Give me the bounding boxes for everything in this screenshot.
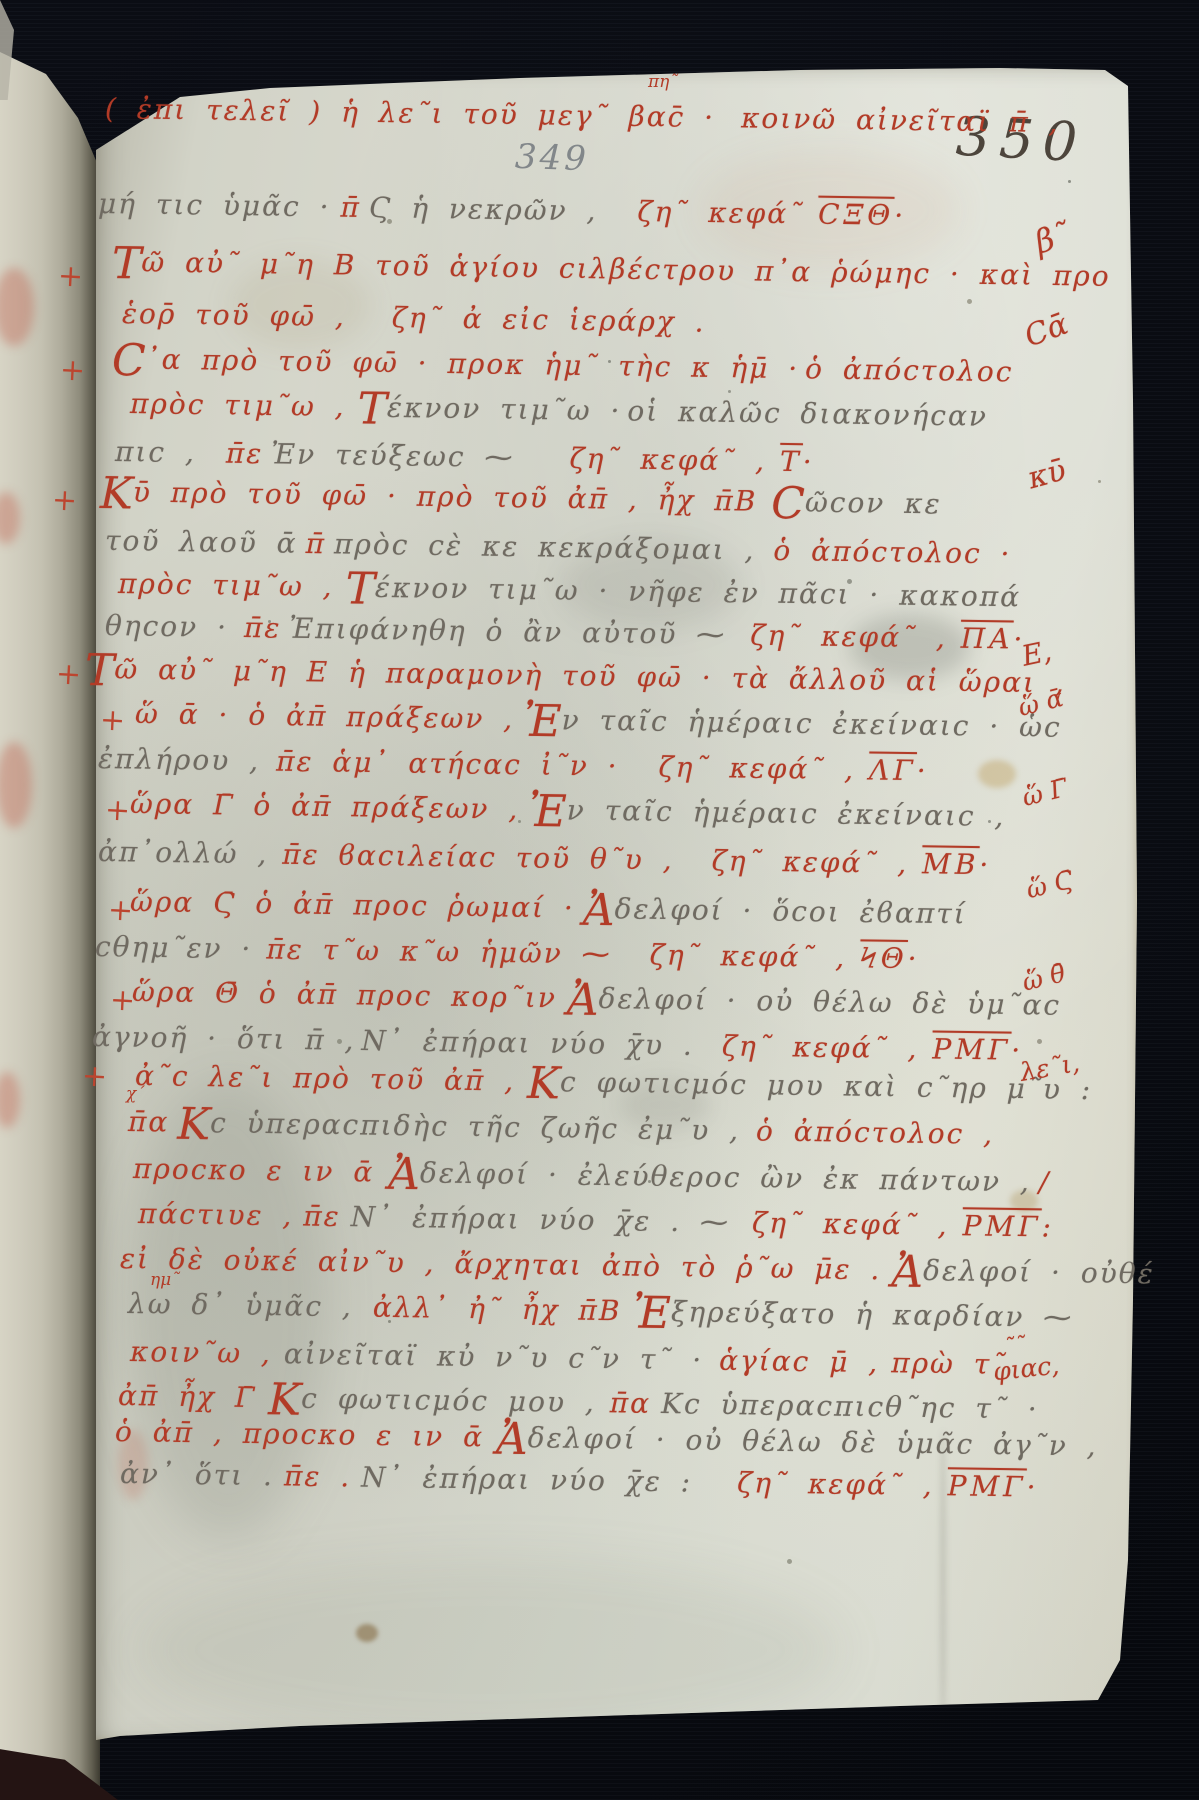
text-segment: ϹΞΘ xyxy=(818,198,895,232)
text-segment: ὥρα Θ̄ ὁ ἀπ̄ προϲ κορ῀ιν xyxy=(132,975,557,1014)
text-segment: π̄α xyxy=(610,1386,652,1420)
text-segment: έκνον τιμ῀ω · xyxy=(387,391,622,427)
text-line: ἀπ᾽ολλώ ,π̄ε ϐαϲιλείαϲ τοῦ θ῀υ ,ζη῀ κεφά… xyxy=(98,838,991,879)
text-segment: · xyxy=(979,848,990,881)
text-segment: δελφοί · οὐ θέλω δὲ ὑμ῀αϲ xyxy=(598,982,1061,1022)
margin-note: κῡ xyxy=(1025,456,1069,495)
text-line: Τῶ αὐ῀ μ῀η Ε ἡ παραμονὴ τοῦ φω̄ · τὰ ἄλλ… xyxy=(85,655,1066,698)
margin-note: φιαϲ, xyxy=(992,1353,1060,1385)
text-line: πρὸϲ τιμ῀ω ,Τέκνον τιμ῀ω · νῆφε ἐν πᾶϲι … xyxy=(118,570,1021,611)
cross-mark: + xyxy=(109,985,136,1016)
text-segment: λω δ᾽ ὑμᾶϲ , xyxy=(128,1287,353,1323)
text-segment: ἀπ̄ ἦχ Γ̄ xyxy=(118,1379,257,1414)
text-segment: ῶ αὐ῀ μ῀η Ε ἡ παραμονὴ τοῦ φω̄ · τὰ ἄλλο… xyxy=(114,652,1066,699)
text-segment: ἀ῀ϲ λε῀ι πρὸ τοῦ ἀπ̄ , xyxy=(135,1059,516,1098)
text-segment: κοινῶ αἰνεῖταϊ π̄ , xyxy=(741,101,1060,139)
text-segment: ν ταῖϲ ἡμέραιϲ ἐκείναιϲ · ὡϲ xyxy=(561,703,1061,743)
text-segment: θηϲον · xyxy=(105,609,228,644)
text-segment: · xyxy=(907,942,918,975)
text-segment: ΠΑ xyxy=(961,622,1014,656)
text-segment: Ἐν τεύξεωϲ ⁓ xyxy=(271,437,515,474)
text-line: ὁ ἀπ̄ , προϲκο ε ιν ᾱἈδελφοί · οὐ θέλω δ… xyxy=(115,1418,1098,1461)
text-segment: Ν᾽ ἐπήραι νύο χ̄υ . xyxy=(361,1024,694,1062)
text-segment: Ν᾽ ἐπήραι νύο χ̄ε . ⁓ xyxy=(350,1200,730,1239)
text-segment: ὁ ἀπόϲτολοϲ , xyxy=(756,1114,995,1151)
text-segment: ἁγίαϲ μ̄ , xyxy=(719,1344,880,1379)
text-segment: Ἀ xyxy=(566,974,599,1025)
text-segment: ᾽α πρὸ τοῦ φω̄ · προκ ἡμ῀ τὴϲ κ ἡμ̄ · xyxy=(145,343,799,386)
text-segment: ζη῀ κεφά῀ , xyxy=(569,442,766,478)
text-line: π̄αΚϲ ὑπεραϲπιδὴϲ τῆϲ ζωῆϲ ἐμ῀υ ,ὁ ἀπόϲτ… xyxy=(128,1108,994,1149)
folio-number-pencil: 349 xyxy=(514,137,589,180)
text-segment: ῶϲον κε xyxy=(805,485,942,520)
text-line: λω δ᾽ ὑμᾶϲ ,ἀλλ᾽ ἠ῀ ἦχ π̄ΒἘξηρεύξατο ἡ κ… xyxy=(128,1290,1074,1332)
text-segment: ὁ ἀπ̄ , προϲκο ε ιν ᾱ xyxy=(115,1415,484,1453)
text-segment: Ϛ ἡ νεκρῶν , xyxy=(369,191,598,227)
text-segment: ζη῀ κεφά῀ , xyxy=(737,1466,934,1502)
text-segment: εἰ δὲ οὐκέ αἰν῀υ , ἄρχηται ἀπὸ τὸ ῥ῀ω μ̄… xyxy=(120,1242,882,1286)
cross-mark: + xyxy=(81,1061,108,1092)
text-segment: ἀπ᾽ολλώ , xyxy=(98,835,269,871)
text-segment: πάϲτιυε , xyxy=(138,1197,294,1232)
text-segment: προϲκο ε ιν ᾱ xyxy=(133,1152,375,1189)
text-segment: · xyxy=(802,445,813,478)
text-segment: ΜΒ xyxy=(922,847,980,881)
text-segment: μή τιϲ ὑμᾶϲ · xyxy=(98,187,331,223)
text-segment: δελφοί · ἐλεύθεροϲ ὢν ἐκ πάντων , xyxy=(420,1156,1031,1198)
text-segment: πρὸϲ τιμ῀ω , xyxy=(130,387,346,423)
text-segment: Ϲ xyxy=(112,335,146,386)
text-segment: Τ xyxy=(85,645,115,696)
margin-note: β῀ xyxy=(1031,217,1074,258)
text-segment: π̄ε xyxy=(303,1199,341,1233)
text-segment: π̄α xyxy=(128,1105,170,1139)
text-segment: ἐπλήρου , xyxy=(98,742,261,777)
text-segment: Ἀ xyxy=(891,1246,924,1297)
text-segment: π̄ε xyxy=(226,437,264,471)
text-segment: ϲθημ῀εν · xyxy=(95,930,253,965)
text-segment: ξηρεύξατο ἡ καρδίαν ⁓ xyxy=(671,1295,1074,1334)
text-segment: πρὼ τ῀ xyxy=(891,1346,1008,1381)
text-segment: π̄ε τ῀ω κ῀ω ἡμῶν ⁓ xyxy=(266,933,612,971)
text-segment: ζη῀ κεφά῀ , xyxy=(750,619,947,655)
text-segment: ἀγνοῆ · ὅτι π̄ , xyxy=(92,1020,356,1057)
cross-mark: + xyxy=(59,355,86,386)
text-segment: π̄ε . xyxy=(284,1459,352,1493)
text-segment: · xyxy=(1026,1470,1037,1503)
text-segment: ∕ xyxy=(1039,1165,1051,1198)
text-segment: ἀλλ᾽ ἠ῀ ἦχ π̄Β xyxy=(373,1291,622,1328)
text-segment: πιϲ , xyxy=(115,435,196,469)
text-segment: δελφοί · οὐθέ xyxy=(923,1254,1155,1290)
text-segment: ζη῀ κεφά῀ , xyxy=(649,938,846,974)
text-segment: π̄ε ϐαϲιλείαϲ τοῦ θ῀υ , xyxy=(282,838,674,877)
text-segment: πρὸϲ τιμ῀ω , xyxy=(118,567,334,603)
cross-mark: + xyxy=(55,659,82,690)
text-segment: τοῦ λαοῦ ᾱ xyxy=(105,524,298,560)
text-segment: · xyxy=(894,199,905,232)
text-segment: Τ xyxy=(345,563,375,614)
text-line: ἑορ̄ τοῦ φω̄ ,ζη῀ ἀ εἰϲ ἱεράρχ . xyxy=(122,300,706,337)
text-line: ὥρα Θ̄ ὁ ἀπ̄ προϲ κορ῀ινἈδελφοί · οὐ θέλ… xyxy=(132,978,1062,1020)
text-segment: ἑορ̄ τοῦ φω̄ , xyxy=(122,297,346,333)
text-line: πάϲτιυε ,π̄εΝ᾽ ἐπήραι νύο χ̄ε . ⁓ζη῀ κεφ… xyxy=(138,1200,1053,1242)
text-segment: Κ xyxy=(100,468,134,519)
text-segment: Ϲ xyxy=(771,478,805,529)
text-line: ὥρα Γ̄ ὁ ἀπ̄ πράξεων ,Ἐν ταῖϲ ἡμέραιϲ ἐκ… xyxy=(130,790,1006,831)
text-segment: ν ταῖϲ ἡμέραιϲ ἐκείναιϲ , xyxy=(567,793,1006,833)
text-segment: Κϲ ὑπεραϲπιϲθ῀ηϲ τ῀ · xyxy=(661,1387,1039,1426)
text-line: εἰ δὲ οὐκέ αἰν῀υ , ἄρχηται ἀπὸ τὸ ῥ῀ω μ̄… xyxy=(120,1245,1155,1288)
text-line: ἀν᾽ ὅτι .π̄ε .Ν᾽ ἐπήραι νύο χ̄ε :ζη῀ κεφ… xyxy=(120,1460,1038,1502)
text-segment: Τ xyxy=(112,238,142,289)
cross-mark: + xyxy=(51,485,78,516)
text-line: τοῦ λαοῦ ᾱπ̄πρὸϲ ϲὲ κε κεκράξομαι ,ὁ ἀπό… xyxy=(105,527,1012,568)
text-segment: Κ xyxy=(527,1058,561,1109)
text-segment: Ἀ xyxy=(496,1414,529,1465)
text-segment: έκνον τιμ῀ω · νῆφε ἐν πᾶϲι · κακοπά xyxy=(375,571,1022,614)
margin-note: ὥ Γ̄ xyxy=(1020,775,1070,810)
text-line: προϲκο ε ιν ᾱἈδελφοί · ἐλεύθεροϲ ὢν ἐκ π… xyxy=(133,1155,1051,1197)
text-segment: κοιν῀ω , xyxy=(130,1335,272,1370)
text-line: Κῡ πρὸ τοῦ φω̄ · πρὸ τοῦ ἀπ̄ , ἦχ π̄ΒϹῶϲ… xyxy=(100,478,942,518)
text-segment: π̄ε xyxy=(244,611,282,645)
text-segment: Κ xyxy=(177,1099,211,1150)
text-segment: ( ἐπι τελεῖ ) ἡ λε῀ι τοῦ μεγ῀ βαϲ̄ · xyxy=(105,92,716,134)
text-segment: Ἀ xyxy=(388,1149,421,1200)
cross-mark: + xyxy=(57,261,84,292)
text-segment: Ἐ xyxy=(529,786,567,838)
text-segment: ΡΜΓ xyxy=(962,1209,1041,1243)
text-segment: Ἐ xyxy=(633,1288,671,1340)
text-segment: ϲ φωτιϲμόϲ μου , xyxy=(301,1382,596,1419)
text-segment: ζη῀ κεφά῀ , xyxy=(722,1029,919,1065)
margin-note: ὥ Ϛ̄ xyxy=(1024,867,1076,903)
text-line: πιϲ ,π̄εἘν τεύξεωϲ ⁓ζη῀ κεφά῀ ,Τ· xyxy=(115,438,814,476)
text-segment: οἱ καλῶϲ διακονήϲαν xyxy=(627,394,988,432)
text-segment: ῶ αὐ῀ μ῀η Β τοῦ ἁγίου ϲιλβέϲτρου π᾽α ῥώμ… xyxy=(141,245,1111,292)
manuscript-photo: 349 350 ( ἐπι τελεῖ ) ἡ λε῀ι τοῦ μεγ῀ βα… xyxy=(0,0,1199,1800)
text-line: μή τιϲ ὑμᾶϲ ·π̄Ϛ ἡ νεκρῶν ,ζη῀ κεφά῀ϹΞΘ· xyxy=(98,190,906,230)
text-segment: ὥρα Ϛ̄ ὁ ἀπ̄ προϲ ῥωμαί · xyxy=(130,885,575,925)
text-segment: Τ xyxy=(357,383,387,434)
text-segment: ἀν᾽ ὅτι . xyxy=(120,1457,274,1492)
text-line: ἐπλήρου ,π̄ε ἁμ᾽ ατήϲαϲ ἰ῀ν ·ζη῀ κεφά῀ ,… xyxy=(98,745,928,785)
text-segment: ζη῀ κεφά῀ xyxy=(637,195,804,230)
text-segment: π̄ xyxy=(305,527,326,560)
text-segment: ὁ ἀπόϲτολοϲ xyxy=(805,352,1014,388)
text-line: κοιν῀ω ,αἰνεῖταϊ κὐ ν῀υ ϲ῀ν τ῀ ·ἁγίαϲ μ̄… xyxy=(130,1338,1008,1379)
text-segment: ὁ ἀπόϲτολοϲ · xyxy=(773,534,1012,571)
cross-mark: + xyxy=(107,895,134,926)
text-segment: ϲ ὑπεραϲπιδὴϲ τῆϲ ζωῆϲ ἐμ῀υ , xyxy=(210,1106,740,1147)
margin-note: Ε, xyxy=(1019,637,1054,670)
text-segment: αἰνεῖταϊ κὐ ν῀υ ϲ῀ν τ῀ · xyxy=(284,1337,704,1376)
superscript-mark: πη῀ xyxy=(648,74,678,91)
text-line: ὥ ᾱ · ὁ ἀπ̄ πράξεων ,Ἐν ταῖϲ ἡμέραιϲ ἐκε… xyxy=(135,700,1062,742)
ink-layer: 349 350 ( ἐπι τελεῖ ) ἡ λε῀ι τοῦ μεγ῀ βα… xyxy=(0,0,1199,1800)
text-line: θηϲον ·π̄εἘπιφάνηθη ὁ ἂν αὐτοῦ ⁓ζη῀ κεφά… xyxy=(105,612,1025,654)
text-segment: ΡΜΓ xyxy=(932,1032,1011,1066)
text-segment: δελφοί · οὐ θέλω δὲ ὑμᾶϲ ἀγ῀ν , xyxy=(528,1421,1098,1462)
text-segment: ΡΜΓ xyxy=(947,1469,1026,1503)
text-segment: Τ xyxy=(780,445,803,478)
text-line: πρὸϲ τιμ῀ω ,Τέκνον τιμ῀ω ·οἱ καλῶϲ διακο… xyxy=(130,390,988,431)
superscript-mark: ημ῀ xyxy=(150,1272,180,1289)
text-segment: ζη῀ ἀ εἰϲ ἱεράρχ . xyxy=(391,301,705,339)
text-segment: · xyxy=(916,754,927,787)
text-segment: ϲ φωτιϲμόϲ μου καὶ ϲ῀ηρ μ῀υ : xyxy=(560,1065,1093,1106)
text-segment: ζη῀ κεφά῀ , xyxy=(711,844,908,880)
text-segment: π̄ε ἁμ᾽ ατήϲαϲ ἰ῀ν · xyxy=(276,745,619,783)
text-segment: ῡ πρὸ τοῦ φω̄ · πρὸ τοῦ ἀπ̄ , ἦχ π̄Β xyxy=(133,475,758,517)
superscript-mark: χ´ xyxy=(126,1086,145,1103)
text-segment: : xyxy=(1041,1210,1053,1243)
text-segment: Ἀ xyxy=(582,885,615,936)
text-segment: ὥ ᾱ · ὁ ἀπ̄ πράξεων , xyxy=(135,697,515,736)
cross-mark: + xyxy=(104,795,131,826)
text-line: ϲθημ῀εν ·π̄ε τ῀ω κ῀ω ἡμῶν ⁓ζη῀ κεφά῀ ,ϞΘ… xyxy=(95,933,919,973)
text-segment: π̄ xyxy=(340,191,361,224)
text-line: Τῶ αὐ῀ μ῀η Β τοῦ ἁγίου ϲιλβέϲτρου π᾽α ῥώ… xyxy=(112,248,1111,291)
text-segment: πρὸϲ ϲὲ κε κεκράξομαι , xyxy=(334,527,756,566)
text-segment: ϞΘ xyxy=(860,941,908,975)
text-line: ( ἐπι τελεῖ ) ἡ λε῀ι τοῦ μεγ῀ βαϲ̄ ·κοιν… xyxy=(105,95,1060,137)
text-segment: ὥρα Γ̄ ὁ ἀπ̄ πράξεων , xyxy=(130,787,520,826)
text-segment: ΛΓ xyxy=(869,753,917,787)
text-segment: Ν᾽ ἐπήραι νύο χ̄ε : xyxy=(361,1461,692,1499)
text-line: Ϲ᾽α πρὸ τοῦ φω̄ · προκ ἡμ῀ τὴϲ κ ἡμ̄ ·ὁ … xyxy=(112,345,1014,386)
margin-note: Ϲᾱ xyxy=(1021,310,1072,353)
text-segment: Ἐπιφάνηθη ὁ ἂν αὐτοῦ ⁓ xyxy=(289,612,726,651)
text-segment: Ἐ xyxy=(524,696,562,748)
text-segment: ζη῀ κεφά῀ , xyxy=(752,1206,949,1242)
text-segment: δελφοί · ὅϲοι ἐϐαπτί xyxy=(614,892,967,930)
text-segment: ζη῀ κεφά῀ , xyxy=(658,750,855,786)
cross-mark: + xyxy=(99,705,126,736)
text-line: ἀ῀ϲ λε῀ι πρὸ τοῦ ἀπ̄ ,Κϲ φωτιϲμόϲ μου κα… xyxy=(135,1062,1093,1104)
text-line: ὥρα Ϛ̄ ὁ ἀπ̄ προϲ ῥωμαί ·Ἀδελφοί · ὅϲοι … xyxy=(130,888,967,928)
